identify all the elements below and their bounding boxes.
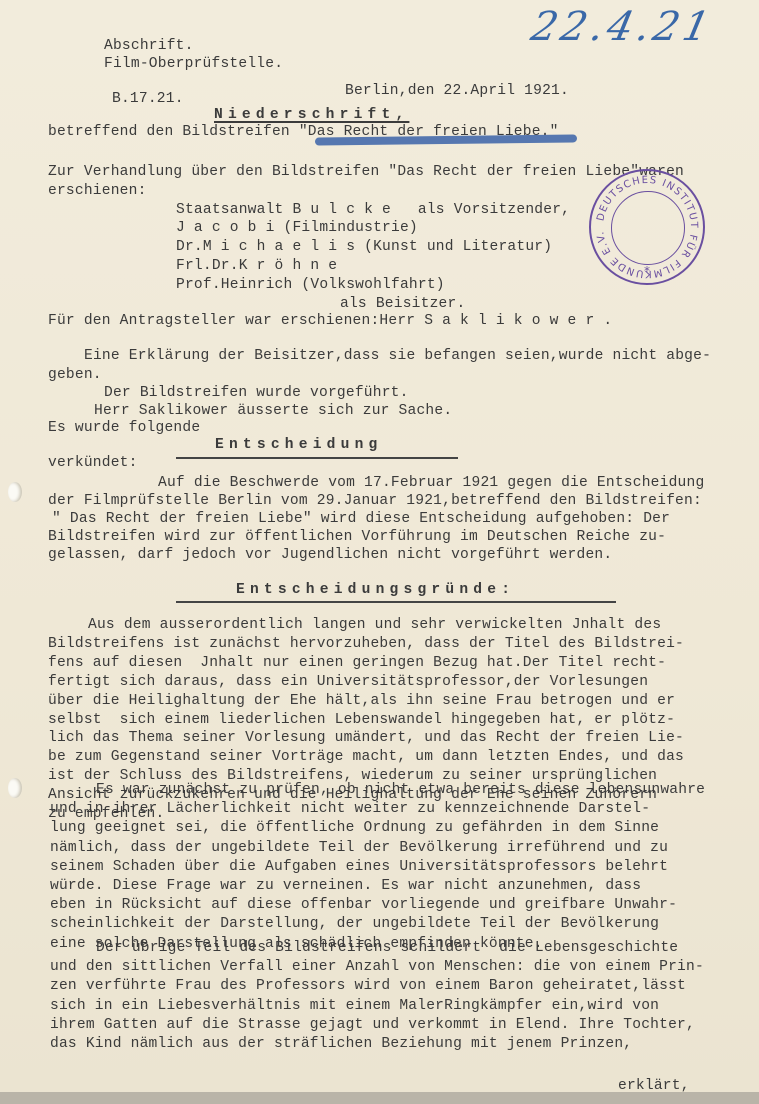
file-number: B.17.21. [112,91,184,107]
paragraph-line: nämlich, dass der ungebildete Teil der B… [50,840,668,856]
catchword: erklärt, [618,1078,690,1094]
announced-label: verkündet: [48,455,138,471]
paragraph-line: scheinlichkeit der Darstellung, der unge… [50,916,659,932]
paragraph-line: lich das Thema seiner Vorlesung umändert… [48,730,684,746]
assessors-role: als Beisitzer. [340,296,465,312]
copy-label: Abschrift. [104,38,194,54]
proceedings-line: geben. [48,367,102,383]
proceedings-line: Eine Erklärung der Beisitzer,dass sie be… [84,348,711,364]
punch-hole [8,778,22,798]
reasons-heading: Entscheidungsgründe: [236,582,515,598]
member: J a c o b i (Filmindustrie) [176,220,418,236]
decision-heading: Entscheidung [215,437,383,453]
decision-line: der Filmprüfstelle Berlin vom 29.Januar … [48,493,702,509]
paragraph-line: über die Heilighaltung der Ehe hält,als … [48,693,675,709]
paragraph-line: be zum Gegenstand seiner Vorträge macht,… [48,749,684,765]
paragraph-line: Aus dem ausserordentlich langen und sehr… [88,617,661,633]
member: Dr.M i c h a e l i s (Kunst und Literatu… [176,239,552,255]
paragraph-line: eben in Rücksicht auf diese offenbar vor… [50,897,677,913]
heading-underline [176,457,458,459]
paragraph-line: fens auf diesen Jnhalt nur einen geringe… [48,655,666,671]
member: Staatsanwalt B u l c k e als Vorsitzende… [176,202,570,218]
paragraph-line: Der übrige Teil des Bildstreifens schild… [96,940,678,956]
member: Prof.Heinrich (Volkswohlfahrt) [176,277,445,293]
paragraph-line: lung geeignet sei, die öffentliche Ordnu… [50,820,659,836]
handwritten-date: 22.4.21 [527,4,717,50]
decision-line: Bildstreifen wird zur öffentlichen Vorfü… [48,529,666,545]
paragraph-line: selbst sich einem liederlichen Lebenswan… [48,712,675,728]
paragraph-line: Es war zunächst zu prüfen, ob nicht etwa… [96,782,705,798]
proceedings-line: Der Bildstreifen wurde vorgeführt. [104,385,409,401]
decision-line: " Das Recht der freien Liebe" wird diese… [52,511,670,527]
paragraph-line: würde. Diese Frage war zu verneinen. Es … [50,878,641,894]
punch-hole [8,482,22,502]
paragraph-line: ihrem Gatten auf die Strasse gejagt und … [50,1017,695,1033]
decision-line: Auf die Beschwerde vom 17.Februar 1921 g… [158,475,704,491]
attendance-intro: Zur Verhandlung über den Bildstreifen "D… [48,164,684,180]
member: Frl.Dr.K r ö h n e [176,258,337,274]
institute-stamp: DEUTSCHES INSTITUT FÜR FILMKUNDE E.V. * [589,169,705,285]
heading-underline [176,601,616,603]
paragraph-line: Bildstreifens ist zunächst hervorzuheben… [48,636,684,652]
paragraph-line: und den sittlichen Verfall einer Anzahl … [50,959,704,975]
svg-text:*: * [644,264,650,278]
paragraph-line: zen verführte Frau des Professors wird v… [50,978,686,994]
paragraph-line: sich in ein Liebesverhältnis mit einem M… [50,998,659,1014]
decision-line: gelassen, darf jedoch vor Jugendlichen n… [48,547,612,563]
proceedings-line: Es wurde folgende [48,420,200,436]
paragraph-line: fertigt sich daraus, dass ein Universitä… [48,674,648,690]
office-name: Film-Oberprüfstelle. [104,56,283,72]
applicant-line: Für den Antragsteller war erschienen:Her… [48,313,612,329]
proceedings-line: Herr Saklikower äusserte sich zur Sache. [94,403,452,419]
place-date: Berlin,den 22.April 1921. [345,83,569,99]
document-title: Niederschrift, [214,107,409,123]
paragraph-line: das Kind nämlich aus der sträflichen Bez… [50,1036,632,1052]
paragraph-line: und in ihrer Lächerlichkeit nicht weiter… [50,801,650,817]
attendance-intro-cont: erschienen: [48,183,147,199]
paragraph-line: seinem Schaden über die Aufgaben eines U… [50,859,668,875]
